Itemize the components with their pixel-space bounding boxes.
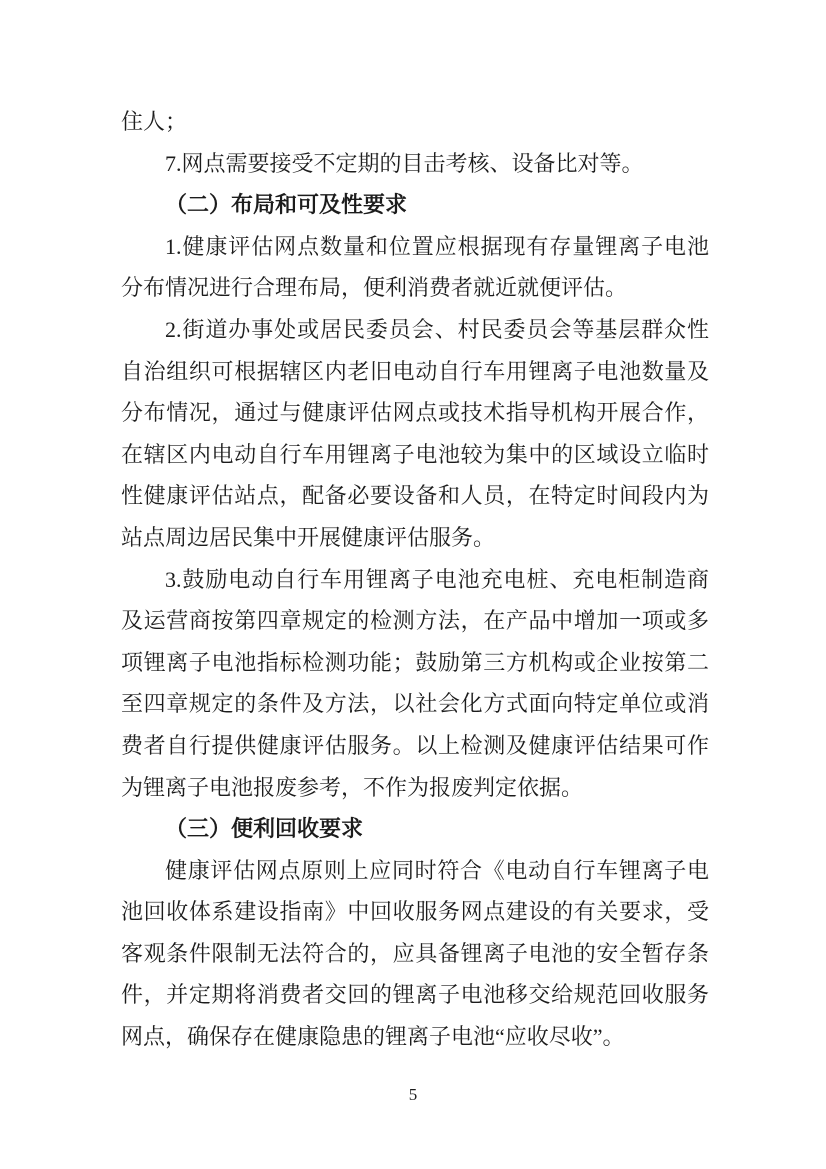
paragraph-item-7: 7.网点需要接受不定期的目击考核、设备比对等。 [121, 143, 709, 185]
paragraph-item-1: 1.健康评估网点数量和位置应根据现有存量锂离子电池分布情况进行合理布局，便利消费… [121, 226, 709, 309]
section-heading-2: （二）布局和可及性要求 [121, 184, 709, 226]
section-heading-3: （三）便利回收要求 [121, 808, 709, 850]
paragraph-item-2: 2.街道办事处或居民委员会、村民委员会等基层群众性自治组织可根据辖区内老旧电动自… [121, 309, 709, 559]
paragraph-continuation: 住人； [121, 101, 709, 143]
document-body: 住人； 7.网点需要接受不定期的目击考核、设备比对等。 （二）布局和可及性要求 … [121, 101, 709, 1058]
paragraph-item-3: 3.鼓励电动自行车用锂离子电池充电桩、充电柜制造商及运营商按第四章规定的检测方法… [121, 559, 709, 809]
paragraph-recycling: 健康评估网点原则上应同时符合《电动自行车锂离子电池回收体系建设指南》中回收服务网… [121, 850, 709, 1058]
document-page: 住人； 7.网点需要接受不定期的目击考核、设备比对等。 （二）布局和可及性要求 … [0, 0, 826, 1169]
page-number: 5 [0, 1085, 826, 1105]
